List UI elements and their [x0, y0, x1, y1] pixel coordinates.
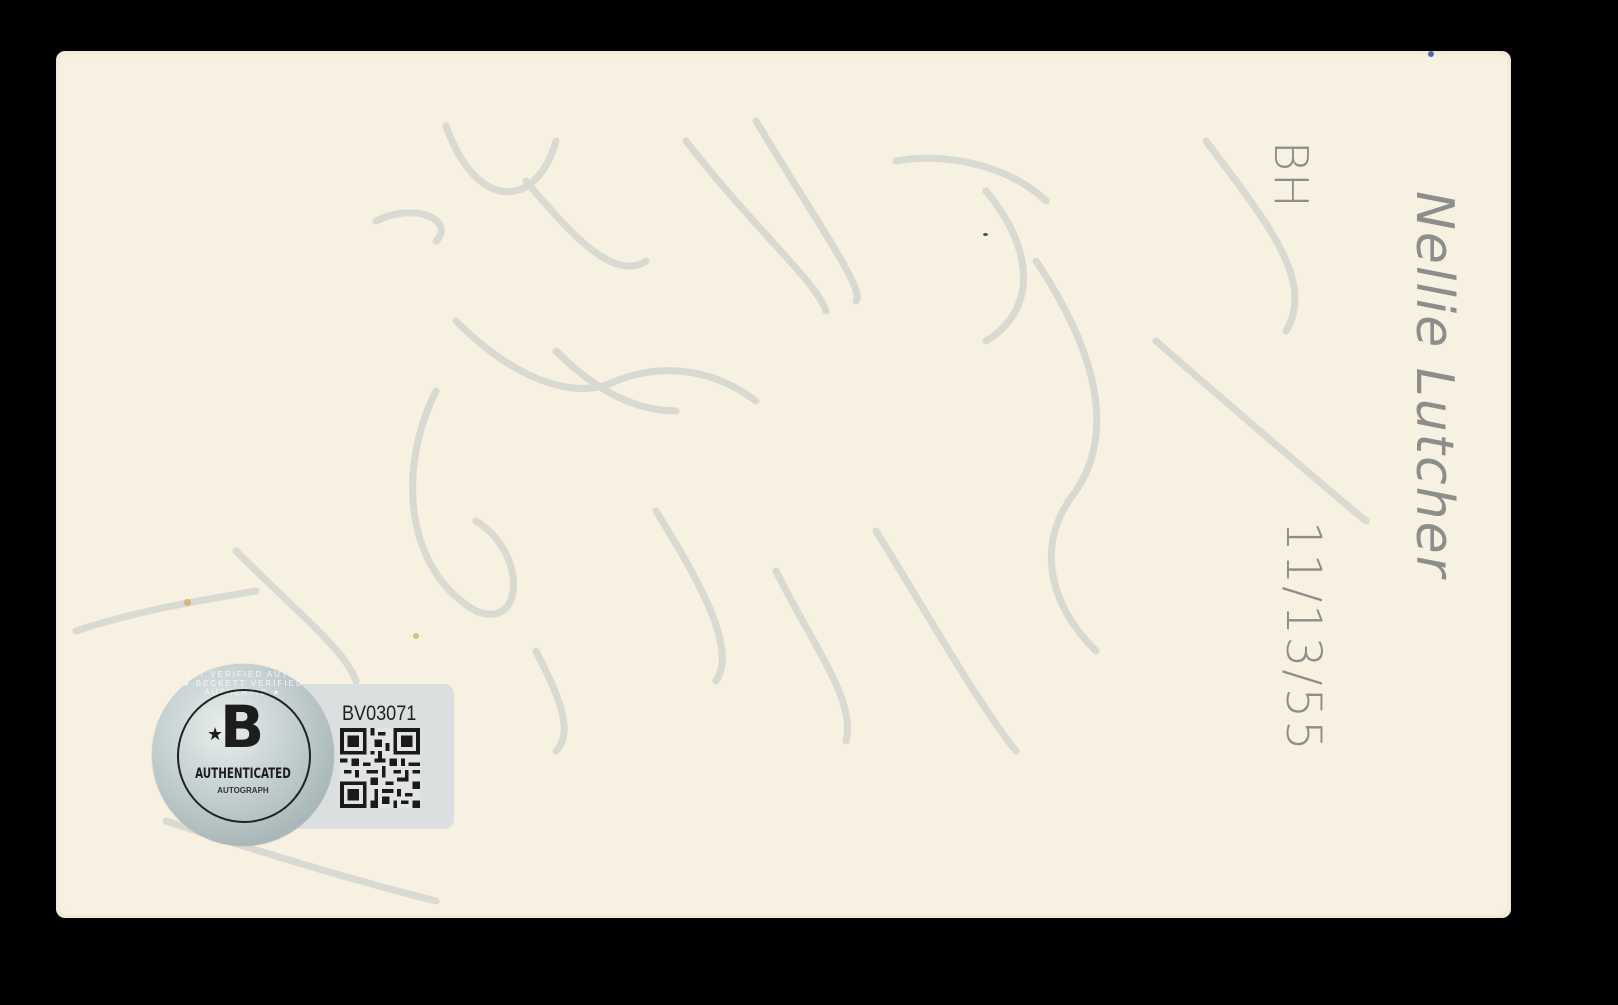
- paper-speck: [983, 233, 988, 236]
- certificate-id: BV03071: [342, 702, 416, 726]
- hologram-subtitle: AUTOGRAPH: [152, 786, 334, 795]
- handwritten-code: BH: [1264, 141, 1318, 210]
- qr-code-icon: [340, 728, 420, 808]
- handwritten-date: 11/13/55: [1275, 521, 1331, 753]
- index-card: Nellie Lutcher BH 11/13/55 BV03071 BECKE…: [56, 51, 1511, 918]
- paper-speck: [184, 599, 191, 606]
- ink-dot: [1428, 51, 1434, 57]
- hologram-title: AUTHENTICATED: [168, 766, 317, 782]
- hologram-sticker: BECKETT VERIFIED AUTHENTIC ★ BECKETT VER…: [152, 664, 334, 846]
- paper-speck: [413, 633, 419, 639]
- handwritten-name: Nellie Lutcher: [1404, 191, 1464, 579]
- beckett-logo-icon: B: [220, 698, 264, 756]
